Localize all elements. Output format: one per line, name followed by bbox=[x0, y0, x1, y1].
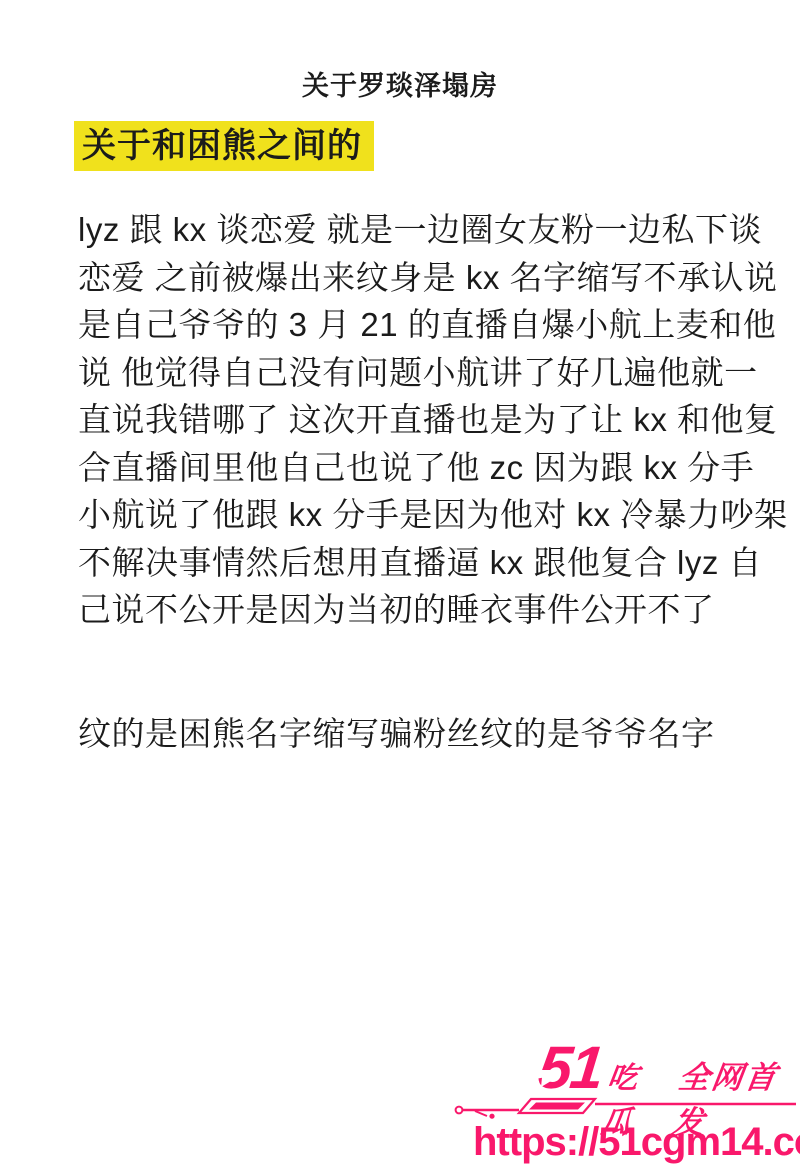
brand-number-text: 51 bbox=[536, 1034, 606, 1101]
body-line: lyz 跟 kx 谈恋爱 就是一边圈女友粉一边私下谈 bbox=[78, 206, 758, 254]
body-line: 恋爱 之前被爆出来纹身是 kx 名字缩写不承认说 bbox=[78, 254, 758, 302]
body-line: 不解决事情然后想用直播逼 kx 跟他复合 lyz 自 bbox=[78, 539, 758, 587]
footnote-line: 纹的是困熊名字缩写骗粉丝纹的是爷爷名字 bbox=[78, 710, 715, 757]
brand-tagline: 全网首发 bbox=[669, 1052, 800, 1142]
body-line: 己说不公开是因为当初的睡衣事件公开不了 bbox=[78, 586, 758, 634]
page-title: 关于罗琰泽塌房 bbox=[0, 64, 800, 103]
brand-logo-51: 51 bbox=[536, 1040, 605, 1096]
brand-name: 吃瓜 bbox=[599, 1053, 668, 1141]
play-icon bbox=[541, 1073, 553, 1087]
highlighted-heading: 关于和困熊之间的 bbox=[74, 121, 374, 171]
page: { "document": { "title": "关于罗琰泽塌房", "hea… bbox=[0, 0, 800, 1175]
body-paragraph: lyz 跟 kx 谈恋爱 就是一边圈女友粉一边私下谈 恋爱 之前被爆出来纹身是 … bbox=[78, 206, 758, 634]
body-line: 是自己爷爷的 3 月 21 的直播自爆小航上麦和他 bbox=[78, 301, 758, 349]
brand-row: 51 吃瓜 全网首发 bbox=[539, 1040, 797, 1098]
body-line: 合直播间里他自己也说了他 zc 因为跟 kx 分手 bbox=[78, 444, 758, 492]
watermark: 51 吃瓜 全网首发 https://51cgm14.com bbox=[453, 1040, 797, 1165]
body-line: 直说我错哪了 这次开直播也是为了让 kx 和他复 bbox=[78, 396, 758, 444]
body-line: 说 他觉得自己没有问题小航讲了好几遍他就一 bbox=[78, 349, 758, 397]
body-line: 小航说了他跟 kx 分手是因为他对 kx 冷暴力吵架 bbox=[78, 491, 758, 539]
